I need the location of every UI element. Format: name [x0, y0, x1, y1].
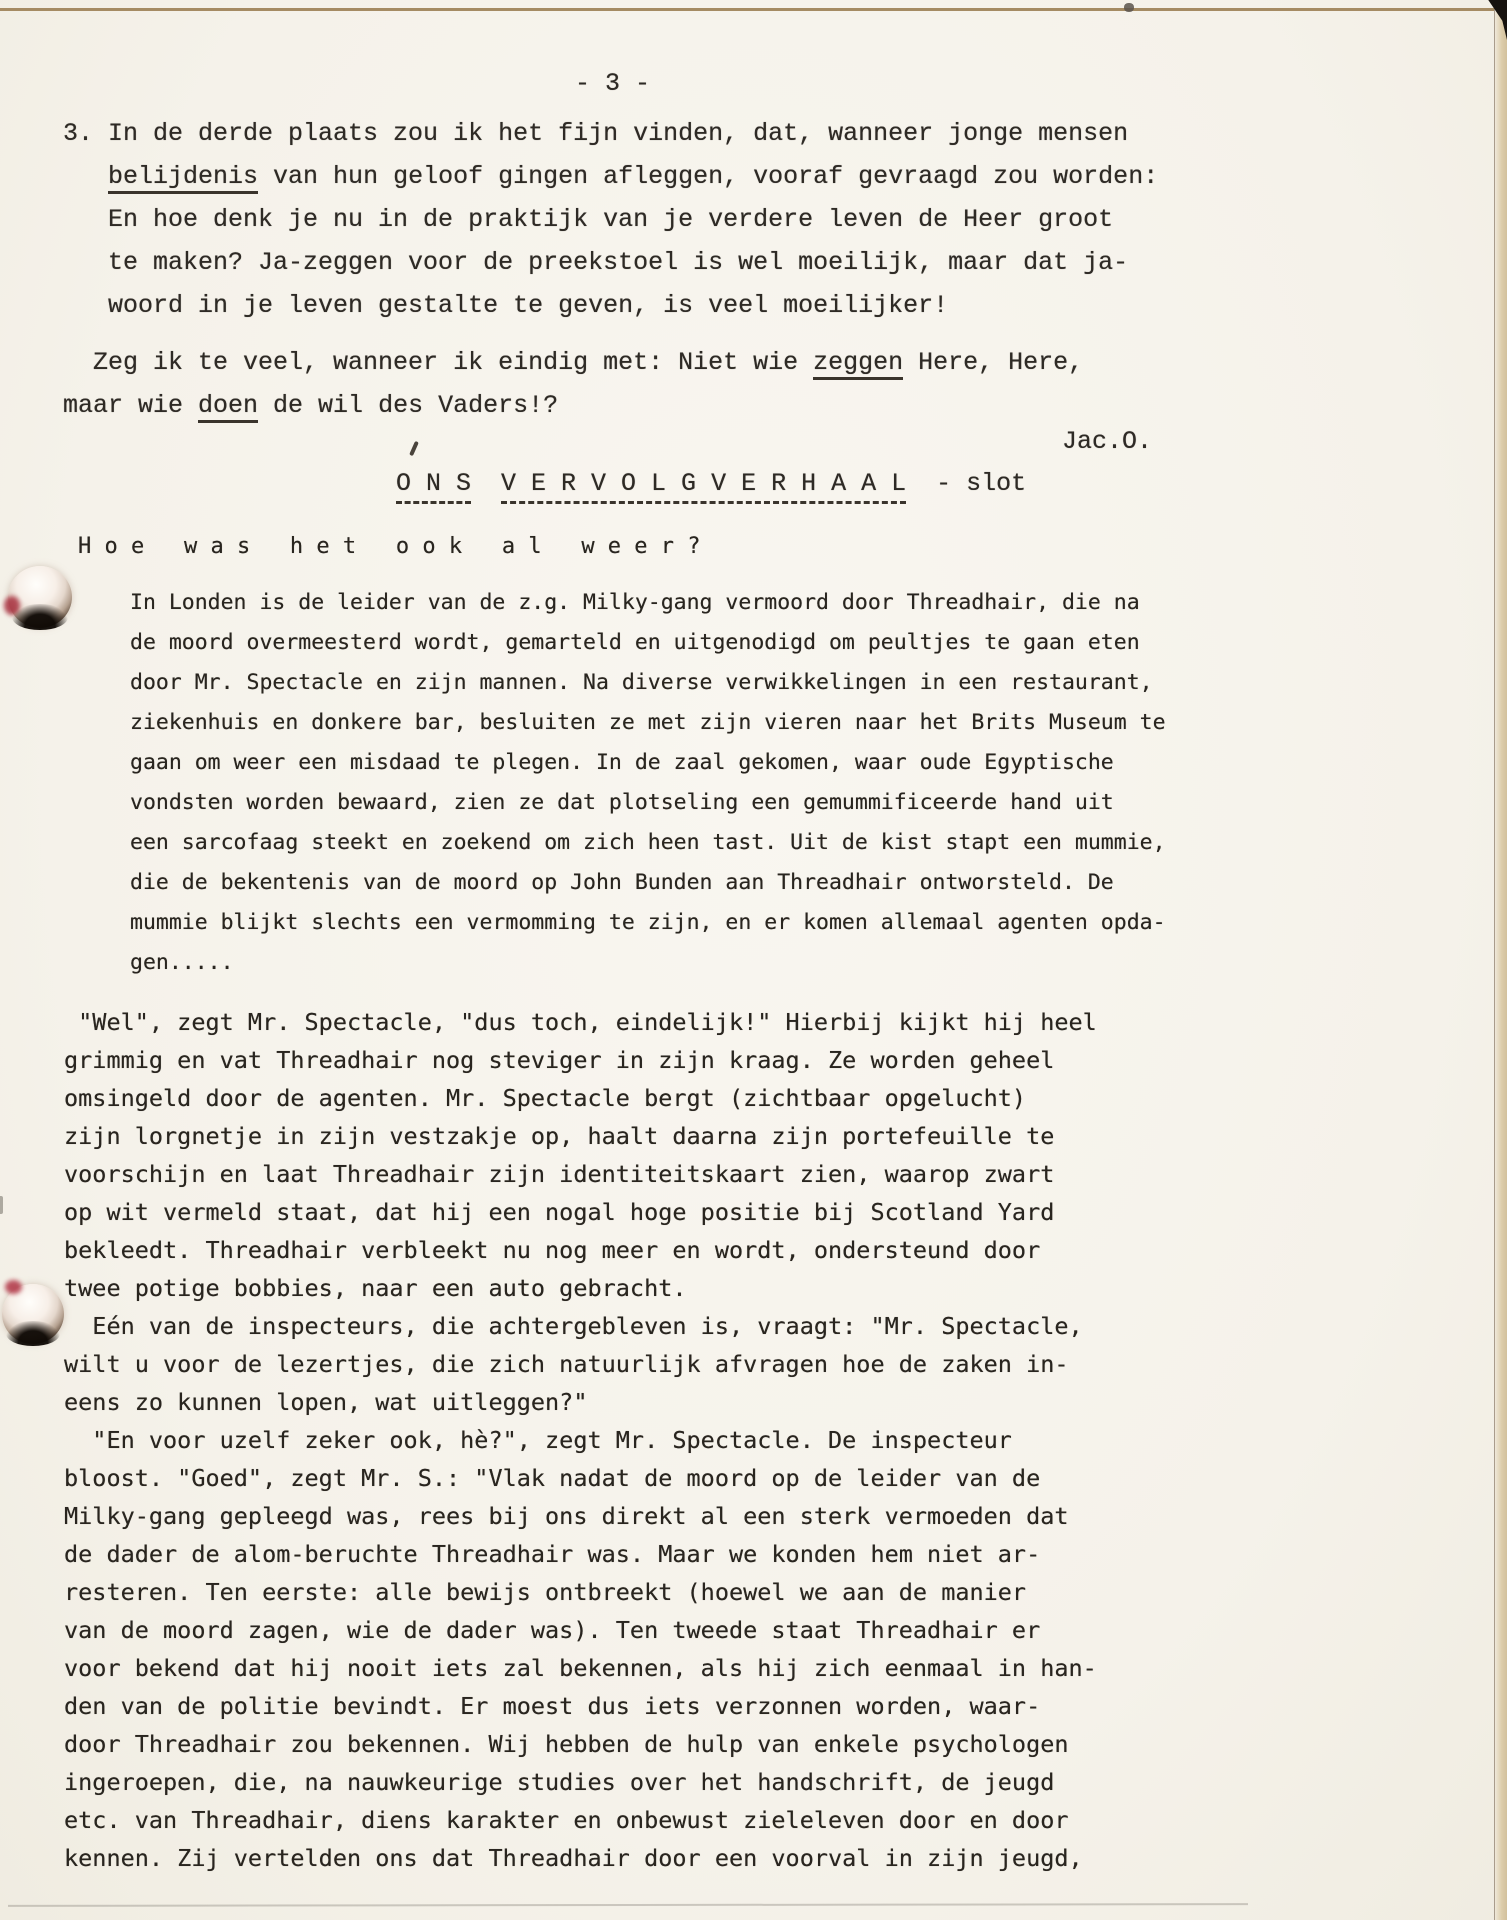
story-title: O N S V E R V O L G V E R H A A L - slot: [396, 462, 1026, 505]
page-bottom-crease: [8, 1903, 1248, 1907]
punch-hole-mark: [2, 1284, 64, 1344]
scan-mark: [409, 441, 419, 456]
scan-tick: [0, 1196, 3, 1214]
signature: Jac.O.: [1062, 420, 1152, 463]
story-subtitle: H o e w a s h e t o o k a l w e e r ?: [78, 527, 701, 567]
punch-hole-mark: [8, 566, 72, 628]
story-intro-summary: In Londen is de leider van de z.g. Milky…: [130, 583, 1166, 983]
scanned-page: { "header": { "page_number": "- 3 -" }, …: [0, 0, 1507, 1920]
story-body: "Wel", zegt Mr. Spectacle, "dus toch, ei…: [64, 1003, 1097, 1877]
paragraph-item-3: 3. In de derde plaats zou ik het fijn vi…: [63, 112, 1158, 327]
page-number: - 3 -: [575, 62, 650, 105]
closing-paragraph: Zeg ik te veel, wanneer ik eindig met: N…: [63, 341, 1083, 427]
scan-speck: [1124, 3, 1134, 12]
page-right-edge: [1494, 0, 1507, 1920]
page-top-edge: [0, 8, 1507, 11]
